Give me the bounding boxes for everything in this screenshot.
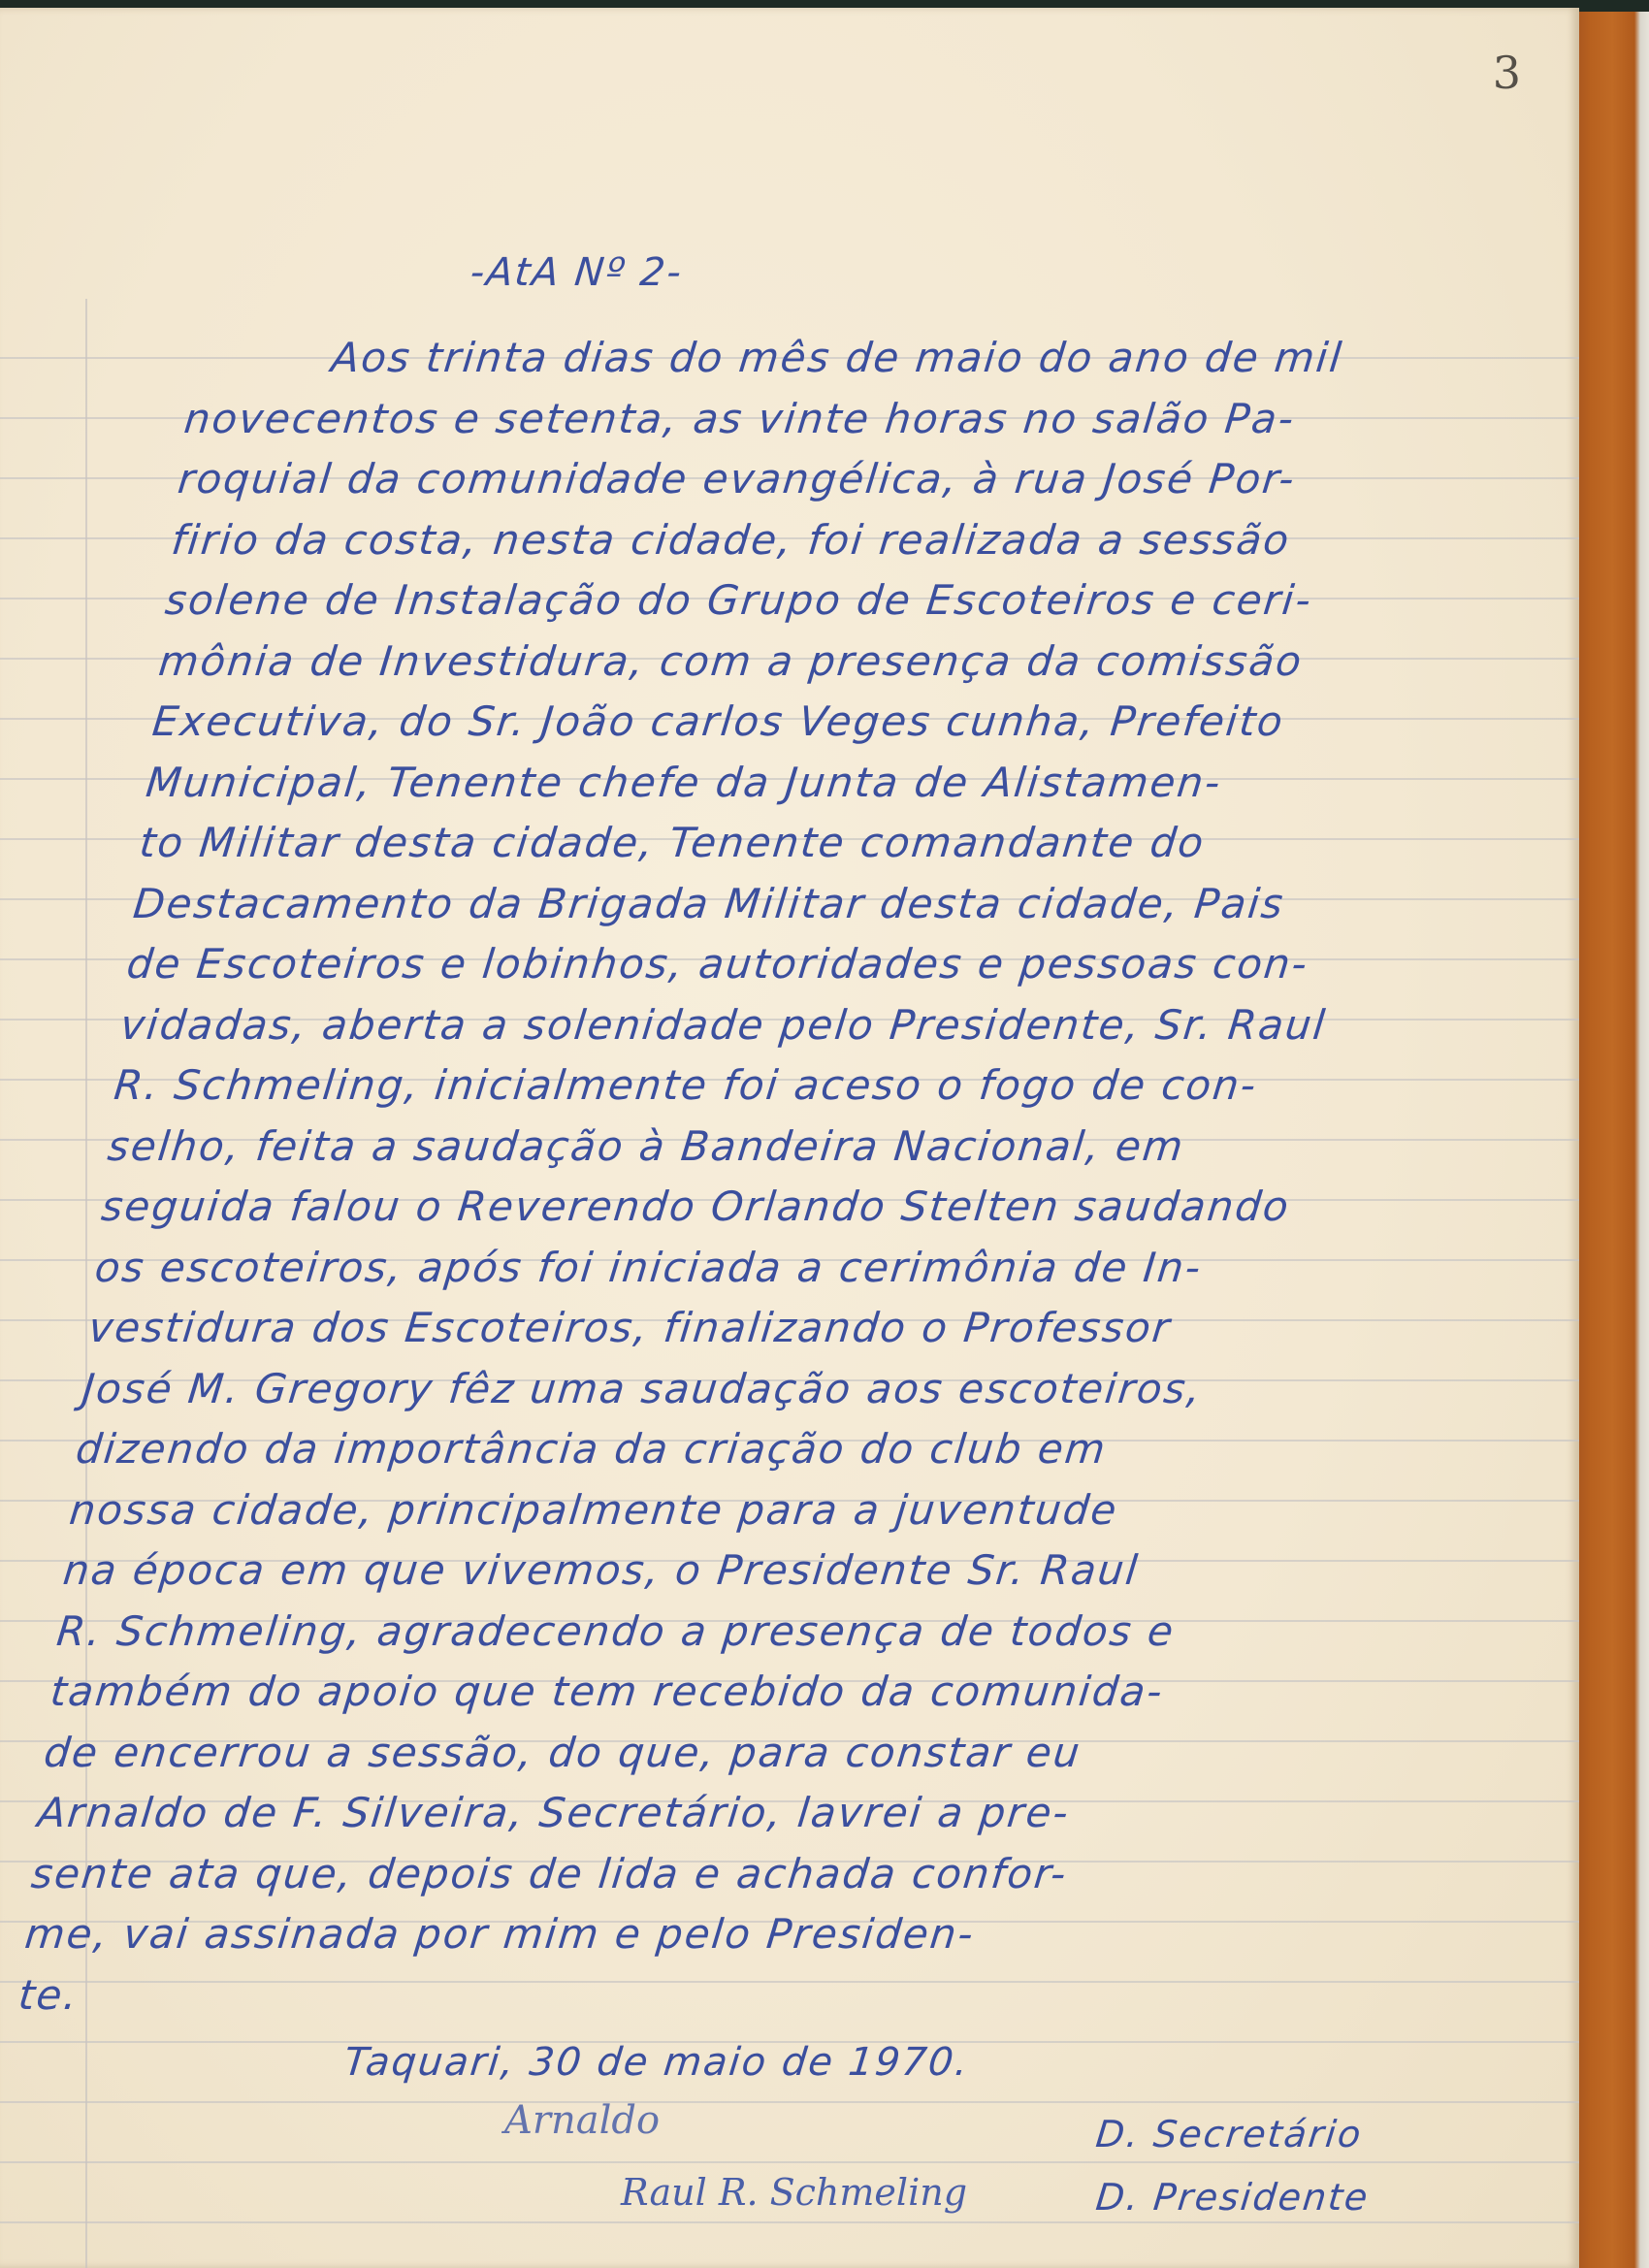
page-number: 3	[1493, 47, 1521, 99]
text-line: solene de Instalação do Grupo de Escotei…	[162, 570, 1624, 632]
president-role-label: D. Presidente	[1094, 2176, 1372, 2219]
text-line: de Escoteiros e lobinhos, autoridades e …	[124, 934, 1586, 995]
secretary-signature: Arnaldo	[504, 2098, 660, 2143]
text-line: R. Schmeling, agradecendo a presença de …	[53, 1602, 1515, 1663]
text-line: Municipal, Tenente chefe da Junta de Ali…	[143, 753, 1604, 814]
document-title: -AtA Nº 2-	[469, 250, 686, 295]
document-page: 3 -AtA Nº 2- Aos trinta dias do mês de m…	[0, 8, 1579, 2268]
text-line: to Militar desta cidade, Tenente comanda…	[137, 813, 1599, 874]
text-line: os escoteiros, após foi iniciada a cerim…	[92, 1238, 1554, 1299]
text-line: vidadas, aberta a solenidade pelo Presid…	[117, 995, 1579, 1056]
text-line: Executiva, do Sr. João carlos Veges cunh…	[149, 692, 1611, 753]
place-date-signoff: Taquari, 30 de maio de 1970.	[342, 2040, 972, 2085]
text-line: R. Schmeling, inicialmente foi aceso o f…	[112, 1055, 1573, 1117]
text-line: seguida falou o Reverendo Orlando Stelte…	[98, 1177, 1560, 1238]
text-line: me, vai assinada por mim e pelo Presiden…	[22, 1904, 1484, 1965]
text-line: dizendo da importância da criação do clu…	[73, 1419, 1535, 1480]
minutes-body: Aos trinta dias do mês de maio do ano de…	[16, 328, 1649, 2025]
text-line: José M. Gregory fêz uma saudação aos esc…	[80, 1359, 1541, 1420]
text-line: Aos trinta dias do mês de maio do ano de…	[187, 328, 1649, 389]
text-line: na época em que vivemos, o Presidente Sr…	[60, 1540, 1522, 1602]
text-line: sente ata que, depois de lida e achada c…	[28, 1844, 1490, 1905]
text-line: Arnaldo de F. Silveira, Secretário, lavr…	[35, 1783, 1497, 1844]
text-line: novecentos e setenta, as vinte horas no …	[181, 389, 1643, 450]
text-line: também do apoio que tem recebido da comu…	[48, 1662, 1509, 1723]
text-line: selho, feita a saudação à Bandeira Nacio…	[105, 1117, 1567, 1178]
text-line: nossa cidade, principalmente para a juve…	[67, 1480, 1529, 1541]
text-line: firio da costa, nesta cidade, foi realiz…	[169, 510, 1631, 571]
text-line: vestidura dos Escoteiros, finalizando o …	[85, 1298, 1547, 1359]
president-signature: Raul R. Schmeling	[621, 2171, 967, 2214]
secretary-role-label: D. Secretário	[1094, 2113, 1365, 2155]
text-line: Destacamento da Brigada Militar desta ci…	[130, 874, 1592, 935]
text-line: de encerrou a sessão, do que, para const…	[41, 1723, 1503, 1784]
text-line: te.	[16, 1965, 1477, 2026]
text-line: roquial da comunidade evangélica, à rua …	[175, 449, 1636, 510]
text-line: mônia de Investidura, com a presença da …	[156, 632, 1618, 693]
